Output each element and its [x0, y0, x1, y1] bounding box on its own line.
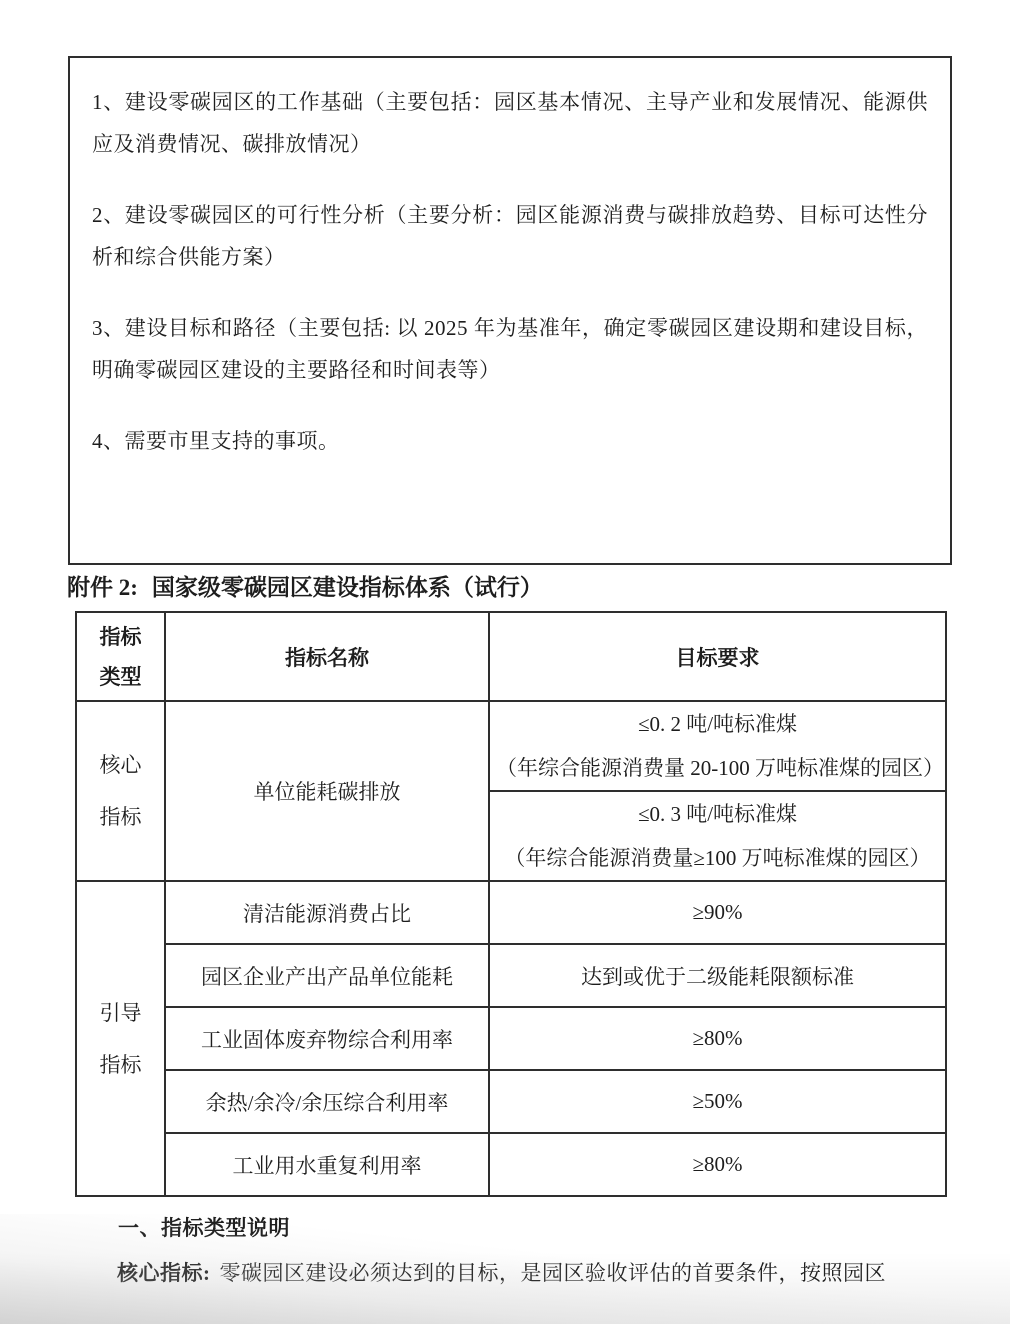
- header-type-line1: 指标: [83, 617, 158, 657]
- notes-core-text: 零碳园区建设必须达到的目标，是园区验收评估的首要条件，按照园区: [220, 1261, 887, 1285]
- table-row-guide-5: 工业用水重复利用率 ≥80%: [76, 1133, 946, 1196]
- notice-item-3: 3、建设目标和路径（主要包括: 以 2025 年为基准年，确定零碳园区建设期和建…: [92, 307, 928, 391]
- table-header-row: 指标 类型 指标名称 目标要求: [76, 612, 946, 701]
- core-target-1-condition: （年综合能源消费量 20-100 万吨标准煤的园区）: [496, 746, 939, 790]
- notes-core-label: 核心指标:: [117, 1261, 211, 1285]
- cell-guide-name-2: 园区企业产出产品单位能耗: [165, 944, 489, 1007]
- notes-core-paragraph: 核心指标:零碳园区建设必须达到的目标，是园区验收评估的首要条件，按照园区: [117, 1258, 955, 1288]
- core-target-2-value: ≤0. 3 吨/吨标准煤: [496, 792, 939, 836]
- table-row-guide-3: 工业固体废弃物综合利用率 ≥80%: [76, 1007, 946, 1070]
- cell-guide-name-3: 工业固体废弃物综合利用率: [165, 1007, 489, 1070]
- table-row-guide-1: 引导 指标 清洁能源消费占比 ≥90%: [76, 881, 946, 944]
- table-row-guide-4: 余热/余冷/余压综合利用率 ≥50%: [76, 1070, 946, 1133]
- cell-guide-target-5: ≥80%: [489, 1133, 946, 1196]
- cell-guide-target-4: ≥50%: [489, 1070, 946, 1133]
- attachment-heading: 附件 2:国家级零碳园区建设指标体系（试行）: [67, 572, 543, 604]
- guide-type-line2: 指标: [83, 1039, 158, 1091]
- cell-guide-target-2: 达到或优于二级能耗限额标准: [489, 944, 946, 1007]
- attachment-label: 附件 2:: [67, 575, 138, 600]
- core-type-line2: 指标: [83, 791, 158, 843]
- cell-core-indicator-type: 核心 指标: [76, 701, 165, 881]
- notice-item-2: 2、建设零碳园区的可行性分析（主要分析：园区能源消费与碳排放趋势、目标可达性分析…: [92, 194, 928, 278]
- notice-box: 1、建设零碳园区的工作基础（主要包括：园区基本情况、主导产业和发展情况、能源供应…: [68, 56, 952, 565]
- cell-guide-name-1: 清洁能源消费占比: [165, 881, 489, 944]
- core-target-1-value: ≤0. 2 吨/吨标准煤: [496, 702, 939, 746]
- cell-core-target-2: ≤0. 3 吨/吨标准煤 （年综合能源消费量≥100 万吨标准煤的园区）: [489, 791, 946, 881]
- cell-core-target-1: ≤0. 2 吨/吨标准煤 （年综合能源消费量 20-100 万吨标准煤的园区）: [489, 701, 946, 791]
- header-cell-indicator-type: 指标 类型: [76, 612, 165, 701]
- cell-guide-indicator-type: 引导 指标: [76, 881, 165, 1196]
- header-type-line2: 类型: [83, 657, 158, 697]
- cell-guide-name-5: 工业用水重复利用率: [165, 1133, 489, 1196]
- core-target-2-condition: （年综合能源消费量≥100 万吨标准煤的园区）: [496, 836, 939, 880]
- cell-guide-target-1: ≥90%: [489, 881, 946, 944]
- notes-section-heading: 一、指标类型说明: [118, 1213, 290, 1243]
- attachment-title: 国家级零碳园区建设指标体系（试行）: [152, 575, 543, 600]
- indicator-table: 指标 类型 指标名称 目标要求 核心 指标 单位能耗碳排放 ≤0. 2 吨/吨标…: [75, 611, 947, 1197]
- core-type-line1: 核心: [83, 739, 158, 791]
- header-cell-target-requirement: 目标要求: [489, 612, 946, 701]
- table-row-guide-2: 园区企业产出产品单位能耗 达到或优于二级能耗限额标准: [76, 944, 946, 1007]
- cell-guide-name-4: 余热/余冷/余压综合利用率: [165, 1070, 489, 1133]
- table-row-core-1: 核心 指标 单位能耗碳排放 ≤0. 2 吨/吨标准煤 （年综合能源消费量 20-…: [76, 701, 946, 791]
- guide-type-line1: 引导: [83, 987, 158, 1039]
- cell-core-indicator-name: 单位能耗碳排放: [165, 701, 489, 881]
- notice-item-1: 1、建设零碳园区的工作基础（主要包括：园区基本情况、主导产业和发展情况、能源供应…: [92, 81, 928, 165]
- notice-item-4: 4、需要市里支持的事项。: [92, 420, 928, 462]
- cell-guide-target-3: ≥80%: [489, 1007, 946, 1070]
- document-page: 1、建设零碳园区的工作基础（主要包括：园区基本情况、主导产业和发展情况、能源供应…: [0, 0, 1010, 1324]
- header-cell-indicator-name: 指标名称: [165, 612, 489, 701]
